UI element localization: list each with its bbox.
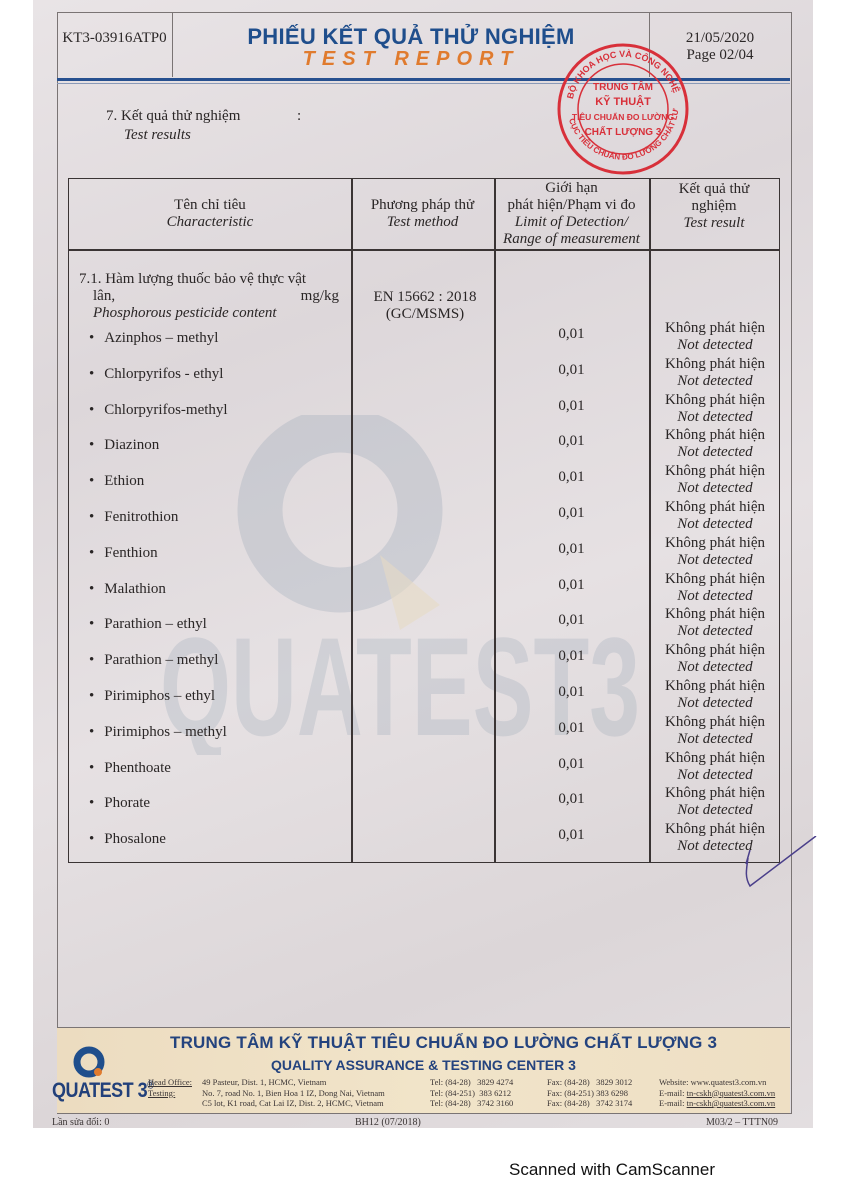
result-en: Not detected xyxy=(651,767,779,784)
email-label: E-mail: xyxy=(659,1098,685,1108)
characteristic-name: Fenthion xyxy=(89,545,158,562)
table-row: Pirimiphos – methyl0,01Không phát hiệnNo… xyxy=(69,718,781,754)
table-row: Chlorpyrifos - ethyl0,01Không phát hiệnN… xyxy=(69,360,781,396)
head-office-label: Head Office: xyxy=(148,1077,192,1088)
test-result: Không phát hiệnNot detected xyxy=(651,320,779,354)
test-result: Không phát hiệnNot detected xyxy=(651,642,779,676)
limit-of-detection: 0,01 xyxy=(494,720,649,737)
characteristic-name: Azinphos – methyl xyxy=(89,330,218,347)
limit-of-detection: 0,01 xyxy=(494,433,649,450)
result-en: Not detected xyxy=(651,480,779,497)
group-title-en: Phosphorous pesticide content xyxy=(79,305,339,322)
result-en: Not detected xyxy=(651,337,779,354)
result-vi: Không phát hiện xyxy=(665,714,765,730)
result-en: Not detected xyxy=(651,623,779,640)
test-result: Không phát hiệnNot detected xyxy=(651,499,779,533)
characteristic-name: Malathion xyxy=(89,581,166,598)
column-header-result: Kết quả thử nghiệm Test result xyxy=(649,179,779,251)
header-vi: Phương pháp thử xyxy=(371,197,474,214)
method-standard: EN 15662 : 2018 xyxy=(351,289,499,306)
characteristic-name: Ethion xyxy=(89,473,144,490)
footer-title-en: QUALITY ASSURANCE & TESTING CENTER 3 xyxy=(271,1057,576,1073)
result-vi: Không phát hiện xyxy=(665,320,765,336)
address-line: 49 Pasteur, Dist. 1, HCMC, Vietnam xyxy=(202,1077,385,1088)
section-colon: : xyxy=(297,108,301,125)
group-title-vi: 7.1. Hàm lượng thuốc bảo vệ thực vật xyxy=(79,271,339,288)
revision-number: Lần sửa đổi: 0 xyxy=(52,1117,109,1128)
header-en: Characteristic xyxy=(167,214,254,231)
testing-label: Testing: xyxy=(148,1088,192,1099)
group-title: 7.1. Hàm lượng thuốc bảo vệ thực vật lân… xyxy=(79,271,339,322)
result-vi: Không phát hiện xyxy=(665,499,765,515)
table-row: Azinphos – methyl0,01Không phát hiệnNot … xyxy=(69,324,781,360)
table-row: Chlorpyrifos-methyl0,01Không phát hiệnNo… xyxy=(69,396,781,432)
limit-of-detection: 0,01 xyxy=(494,326,649,343)
test-result: Không phát hiệnNot detected xyxy=(651,463,779,497)
report-code: KT3-03916ATP0 xyxy=(57,30,172,47)
website-link[interactable]: www.quatest3.com.vn xyxy=(691,1077,767,1087)
test-result: Không phát hiệnNot detected xyxy=(651,606,779,640)
footer-labels: Head Office: Testing: xyxy=(148,1077,192,1098)
result-vi: Không phát hiện xyxy=(665,535,765,551)
characteristic-name: Pirimiphos – ethyl xyxy=(89,688,215,705)
header-vi: nghiệm xyxy=(692,198,737,215)
result-vi: Không phát hiện xyxy=(665,821,765,837)
svg-text:TIÊU CHUẨN ĐO LƯỜNG: TIÊU CHUẨN ĐO LƯỜNG xyxy=(572,111,675,122)
header-vi: Giới hạn xyxy=(545,180,598,197)
result-vi: Không phát hiện xyxy=(665,750,765,766)
limit-of-detection: 0,01 xyxy=(494,791,649,808)
result-en: Not detected xyxy=(651,802,779,819)
characteristic-name: Fenitrothion xyxy=(89,509,178,526)
result-en: Not detected xyxy=(651,409,779,426)
tel-line: Tel: (84-28) 3742 3160 xyxy=(430,1098,513,1109)
table-row: Pirimiphos – ethyl0,01Không phát hiệnNot… xyxy=(69,682,781,718)
fax-line: Fax: (84-251) 383 6298 xyxy=(547,1088,632,1099)
result-en: Not detected xyxy=(651,552,779,569)
column-header-lod: Giới hạn phát hiện/Phạm vi đo Limit of D… xyxy=(494,179,649,249)
website-label: Website: xyxy=(659,1077,689,1087)
group-unit: mg/kg xyxy=(301,288,339,305)
footer-faxes: Fax: (84-28) 3829 3012 Fax: (84-251) 383… xyxy=(547,1077,632,1109)
address-line: C5 lot, K1 road, Cat Lai IZ, Dist. 2, HC… xyxy=(202,1098,385,1109)
result-vi: Không phát hiện xyxy=(665,571,765,587)
characteristic-name: Pirimiphos – methyl xyxy=(89,724,227,741)
test-result: Không phát hiệnNot detected xyxy=(651,571,779,605)
email-link[interactable]: tn-cskh@quatest3.com.vn xyxy=(687,1088,776,1098)
header-en: Limit of Detection/ xyxy=(515,214,628,231)
section-title-en: Test results xyxy=(124,127,191,144)
result-en: Not detected xyxy=(651,444,779,461)
result-en: Not detected xyxy=(651,659,779,676)
address-line: No. 7, road No. 1, Bien Hoa 1 IZ, Dong N… xyxy=(202,1088,385,1099)
footer-tels: Tel: (84-28) 3829 4274 Tel: (84-251) 383… xyxy=(430,1077,513,1109)
scanner-watermark: Scanned with CamScanner xyxy=(509,1160,715,1180)
limit-of-detection: 0,01 xyxy=(494,362,649,379)
table-row: Fenthion0,01Không phát hiệnNot detected xyxy=(69,539,781,575)
test-result: Không phát hiệnNot detected xyxy=(651,392,779,426)
limit-of-detection: 0,01 xyxy=(494,505,649,522)
column-header-method: Phương pháp thử Test method xyxy=(351,179,494,249)
tel-line: Tel: (84-28) 3829 4274 xyxy=(430,1077,513,1088)
table-row: Fenitrothion0,01Không phát hiệnNot detec… xyxy=(69,503,781,539)
limit-of-detection: 0,01 xyxy=(494,756,649,773)
table-row: Phorate0,01Không phát hiệnNot detected xyxy=(69,789,781,825)
result-vi: Không phát hiện xyxy=(665,606,765,622)
characteristic-name: Chlorpyrifos-methyl xyxy=(89,402,228,419)
svg-text:CHẤT LƯỢNG 3: CHẤT LƯỢNG 3 xyxy=(585,125,662,138)
header-en: Test result xyxy=(684,215,745,232)
group-unit-row: lân, mg/kg xyxy=(79,288,339,305)
characteristic-name: Parathion – methyl xyxy=(89,652,218,669)
header-vi: Kết quả thử xyxy=(679,181,750,198)
test-result: Không phát hiệnNot detected xyxy=(651,785,779,819)
limit-of-detection: 0,01 xyxy=(494,469,649,486)
result-en: Not detected xyxy=(651,731,779,748)
test-result: Không phát hiệnNot detected xyxy=(651,427,779,461)
column-header-characteristic: Tên chỉ tiêu Characteristic xyxy=(69,179,351,249)
limit-of-detection: 0,01 xyxy=(494,541,649,558)
result-vi: Không phát hiện xyxy=(665,642,765,658)
official-stamp: BỘ KHOA HỌC VÀ CÔNG NGHỆ TỔNG CỤC TIÊU C… xyxy=(554,42,692,176)
table-row: Ethion0,01Không phát hiệnNot detected xyxy=(69,467,781,503)
footer-addresses: 49 Pasteur, Dist. 1, HCMC, Vietnam No. 7… xyxy=(202,1077,385,1109)
test-result: Không phát hiệnNot detected xyxy=(651,714,779,748)
results-table: Tên chỉ tiêu Characteristic Phương pháp … xyxy=(68,178,780,863)
test-method: EN 15662 : 2018 (GC/MSMS) xyxy=(351,289,499,323)
method-technique: (GC/MSMS) xyxy=(351,306,499,323)
test-result: Không phát hiệnNot detected xyxy=(651,356,779,390)
table-row: Parathion – ethyl0,01Không phát hiệnNot … xyxy=(69,610,781,646)
characteristic-name: Phorate xyxy=(89,795,150,812)
limit-of-detection: 0,01 xyxy=(494,577,649,594)
tel-line: Tel: (84-251) 383 6212 xyxy=(430,1088,513,1099)
svg-text:TRUNG TÂM: TRUNG TÂM xyxy=(593,80,653,93)
footer-title-vi: TRUNG TÂM KỸ THUẬT TIÊU CHUẨN ĐO LƯỜNG C… xyxy=(170,1033,717,1053)
characteristic-name: Phosalone xyxy=(89,831,166,848)
header-vi: phát hiện/Phạm vi đo xyxy=(508,197,636,214)
table-row: Phenthoate0,01Không phát hiệnNot detecte… xyxy=(69,754,781,790)
result-vi: Không phát hiện xyxy=(665,356,765,372)
characteristic-name: Chlorpyrifos - ethyl xyxy=(89,366,223,383)
limit-of-detection: 0,01 xyxy=(494,684,649,701)
form-code: BH12 (07/2018) xyxy=(355,1117,421,1128)
svg-text:KỸ THUẬT: KỸ THUẬT xyxy=(595,95,651,108)
footer-logo-text: QUATEST 3® xyxy=(52,1078,153,1103)
footer-contacts: Website: www.quatest3.com.vn E-mail: tn-… xyxy=(659,1077,775,1109)
characteristic-name: Parathion – ethyl xyxy=(89,616,207,633)
result-en: Not detected xyxy=(651,588,779,605)
header-en: Test method xyxy=(387,214,459,231)
email-label: E-mail: xyxy=(659,1088,685,1098)
table-row: Malathion0,01Không phát hiệnNot detected xyxy=(69,575,781,611)
table-row: Diazinon0,01Không phát hiệnNot detected xyxy=(69,431,781,467)
characteristic-name: Phenthoate xyxy=(89,760,171,777)
limit-of-detection: 0,01 xyxy=(494,612,649,629)
result-vi: Không phát hiện xyxy=(665,678,765,694)
header-en: Range of measurement xyxy=(503,231,640,248)
fax-line: Fax: (84-28) 3829 3012 xyxy=(547,1077,632,1088)
email-link[interactable]: tn-cskh@quatest3.com.vn xyxy=(687,1098,776,1108)
result-vi: Không phát hiện xyxy=(665,392,765,408)
document-code: M03/2 – TTTN09 xyxy=(706,1117,778,1128)
result-vi: Không phát hiện xyxy=(665,785,765,801)
section-title-vi: 7. Kết quả thử nghiệm xyxy=(106,108,240,125)
limit-of-detection: 0,01 xyxy=(494,648,649,665)
result-vi: Không phát hiện xyxy=(665,427,765,443)
test-result: Không phát hiệnNot detected xyxy=(651,750,779,784)
table-row: Phosalone0,01Không phát hiệnNot detected xyxy=(69,825,781,861)
table-row: Parathion – methyl0,01Không phát hiệnNot… xyxy=(69,646,781,682)
characteristic-name: Diazinon xyxy=(89,437,159,454)
result-en: Not detected xyxy=(651,516,779,533)
group-title-vi-cont: lân, xyxy=(93,288,115,305)
limit-of-detection: 0,01 xyxy=(494,398,649,415)
result-en: Not detected xyxy=(651,373,779,390)
result-vi: Không phát hiện xyxy=(665,463,765,479)
limit-of-detection: 0,01 xyxy=(494,827,649,844)
check-mark-icon xyxy=(740,836,820,896)
fax-line: Fax: (84-28) 3742 3174 xyxy=(547,1098,632,1109)
result-en: Not detected xyxy=(651,695,779,712)
test-result: Không phát hiệnNot detected xyxy=(651,535,779,569)
test-result: Không phát hiệnNot detected xyxy=(651,678,779,712)
header-vi: Tên chỉ tiêu xyxy=(174,197,246,214)
